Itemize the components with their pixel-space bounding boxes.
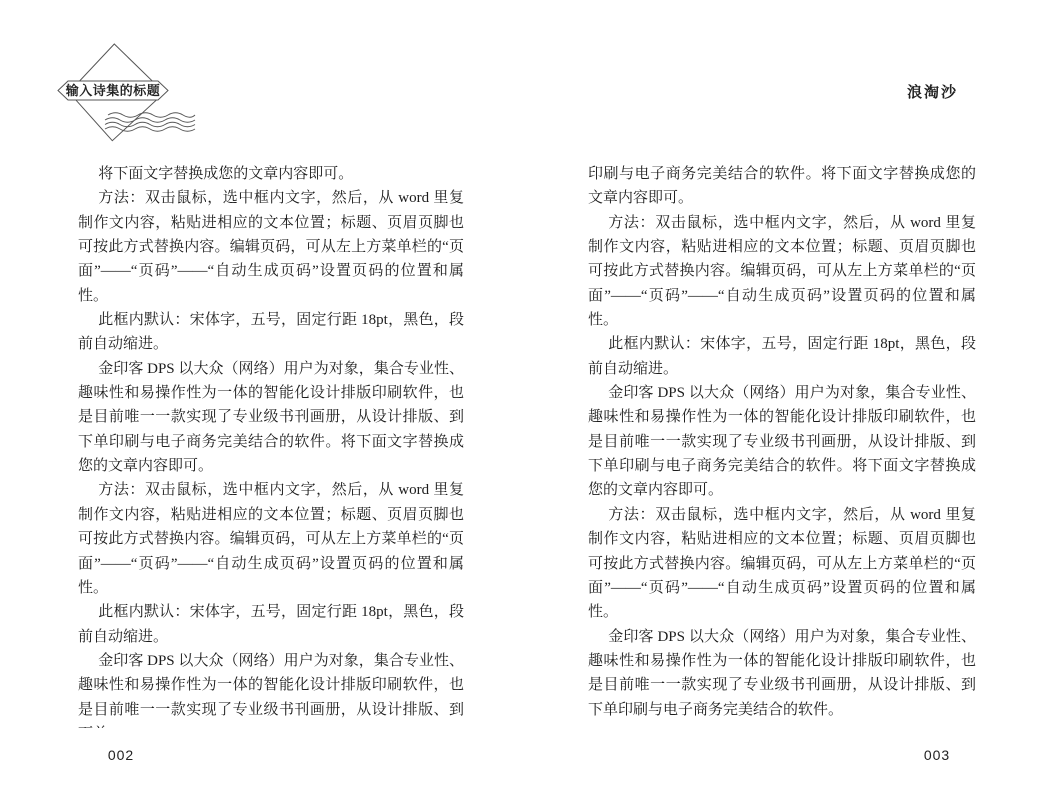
paragraph: 此框内默认：宋体字，五号，固定行距 18pt，黑色，段前自动缩进。 (78, 600, 464, 649)
paragraph: 将下面文字替换成您的文章内容即可。 (78, 162, 464, 186)
book-spread: 输入诗集的标题 浪淘沙 将下面文字替换成您的文章内容即可。 方法：双击鼠标，选中… (0, 0, 1058, 793)
paragraph: 金印客 DPS 以大众（网络）用户为对象，集合专业性、趣味性和易操作性为一体的智… (78, 357, 464, 479)
right-page-text-frame: 印刷与电子商务完美结合的软件。将下面文字替换成您的文章内容即可。 方法：双击鼠标… (588, 162, 976, 728)
page-number-left: 002 (96, 747, 146, 763)
paragraph: 方法：双击鼠标，选中框内文字，然后，从 word 里复制作文内容，粘贴进相应的文… (588, 211, 976, 333)
wave-lines-icon (105, 113, 195, 132)
paragraph: 方法：双击鼠标，选中框内文字，然后，从 word 里复制作文内容，粘贴进相应的文… (78, 478, 464, 600)
paragraph: 金印客 DPS 以大众（网络）用户为对象，集合专业性、趣味性和易操作性为一体的智… (588, 625, 976, 722)
paragraph: 此框内默认：宋体字，五号，固定行距 18pt，黑色，段前自动缩进。 (588, 332, 976, 381)
page-number-right: 003 (912, 747, 962, 763)
paragraph: 此框内默认：宋体字，五号，固定行距 18pt，黑色，段前自动缩进。 (78, 308, 464, 357)
running-head-poem-title: 浪淘沙 (907, 81, 958, 102)
paragraph: 金印客 DPS 以大众（网络）用户为对象，集合专业性、趣味性和易操作性为一体的智… (78, 649, 464, 728)
left-page-text-frame: 将下面文字替换成您的文章内容即可。 方法：双击鼠标，选中框内文字，然后，从 wo… (78, 162, 464, 728)
poetry-collection-logo: 输入诗集的标题 (52, 36, 202, 146)
paragraph: 方法：双击鼠标，选中框内文字，然后，从 word 里复制作文内容，粘贴进相应的文… (588, 503, 976, 625)
paragraph: 金印客 DPS 以大众（网络）用户为对象，集合专业性、趣味性和易操作性为一体的智… (588, 381, 976, 503)
paragraph: 方法：双击鼠标，选中框内文字，然后，从 word 里复制作文内容，粘贴进相应的文… (78, 186, 464, 308)
collection-title-placeholder: 输入诗集的标题 (58, 81, 168, 100)
paragraph: 印刷与电子商务完美结合的软件。将下面文字替换成您的文章内容即可。 (588, 162, 976, 211)
